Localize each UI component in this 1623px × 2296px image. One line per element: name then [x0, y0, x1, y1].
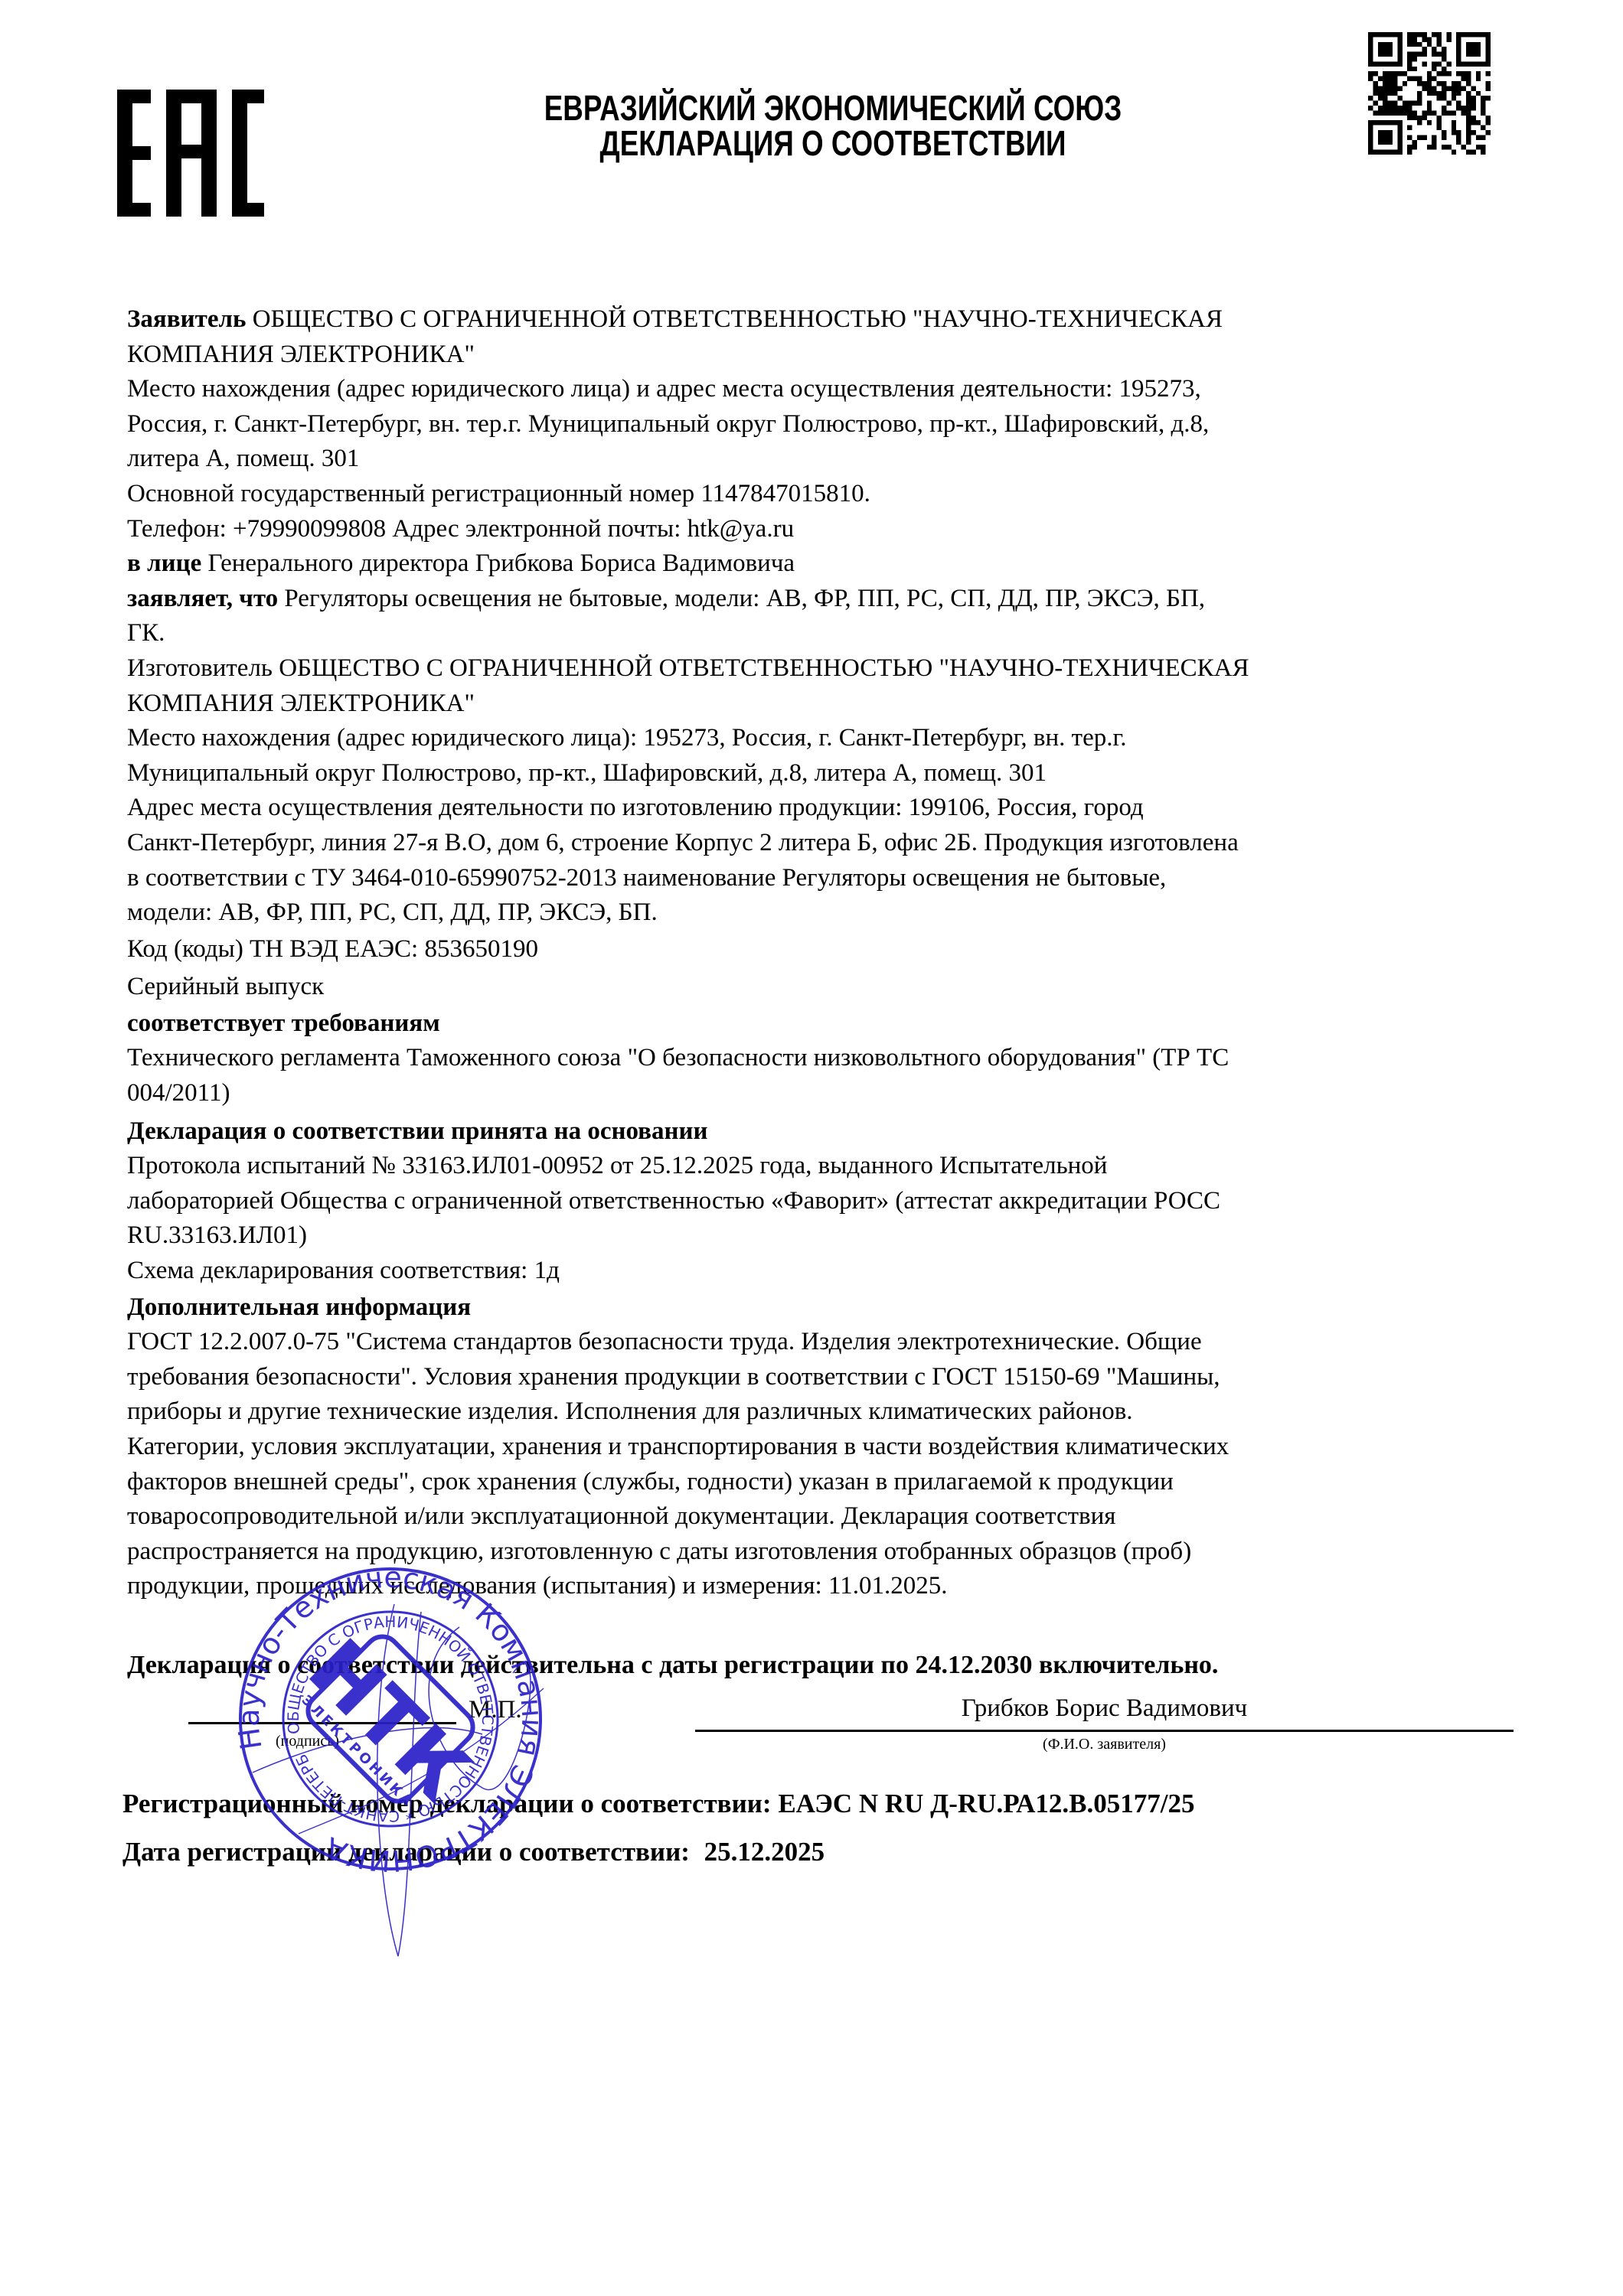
field-value: Адрес места осуществления деятельности п…	[127, 794, 1144, 821]
validity-statement: Декларация о соответствии действительна …	[127, 1651, 1218, 1680]
signature-line	[188, 1722, 456, 1724]
text-line: Место нахождения (адрес юридического лиц…	[127, 721, 1582, 756]
seal-label: М.П.	[469, 1696, 522, 1724]
title-line-declaration: ДЕКЛАРАЦИЯ О СООТВЕТСТВИИ	[518, 126, 1148, 161]
field-value: литера А, помещ. 301	[127, 445, 359, 472]
field-label: заявляет, что	[127, 585, 278, 612]
text-line: требования безопасности". Условия хранен…	[127, 1360, 1582, 1395]
field-value: Место нахождения (адрес юридического лиц…	[127, 375, 1201, 403]
text-line: продукции, прошедших исследования (испыт…	[127, 1569, 1582, 1604]
text-line: в лице Генерального директора Грибкова Б…	[127, 546, 1582, 582]
field-value: Технического регламента Таможенного союз…	[127, 1044, 1229, 1071]
field-value: факторов внешней среды", срок хранения (…	[127, 1468, 1174, 1495]
text-line: Технического регламента Таможенного союз…	[127, 1041, 1582, 1076]
field-label: в лице	[127, 550, 201, 577]
field-value: ОБЩЕСТВО С ОГРАНИЧЕННОЙ ОТВЕТСТВЕННОСТЬЮ…	[246, 305, 1223, 333]
field-value: распространяется на продукцию, изготовле…	[127, 1538, 1191, 1565]
text-line: факторов внешней среды", срок хранения (…	[127, 1465, 1582, 1500]
text-line: Изготовитель ОБЩЕСТВО С ОГРАНИЧЕННОЙ ОТВ…	[127, 651, 1582, 687]
registration-number-label: Регистрационный номер декларации о соотв…	[122, 1789, 772, 1818]
text-line: Муниципальный округ Полюстрово, пр-кт., …	[127, 756, 1582, 791]
text-line: Россия, г. Санкт-Петербург, вн. тер.г. М…	[127, 407, 1582, 442]
registration-date: Дата регистрации декларации о соответств…	[122, 1837, 825, 1867]
declaration-body: Заявитель ОБЩЕСТВО С ОГРАНИЧЕННОЙ ОТВЕТС…	[127, 302, 1582, 1604]
field-value: RU.33163.ИЛ01)	[127, 1221, 307, 1249]
field-value: Генерального директора Грибкова Бориса В…	[201, 550, 795, 577]
text-line: Категории, условия эксплуатации, хранени…	[127, 1430, 1582, 1465]
eac-logo	[117, 90, 264, 217]
text-line: в соответствии с ТУ 3464-010-65990752-20…	[127, 861, 1582, 896]
field-value: Протокола испытаний № 33163.ИЛ01-00952 о…	[127, 1152, 1107, 1179]
field-value: ГОСТ 12.2.007.0-75 "Система стандартов б…	[127, 1328, 1202, 1355]
text-line: ГОСТ 12.2.007.0-75 "Система стандартов б…	[127, 1325, 1582, 1360]
text-line: КОМПАНИЯ ЭЛЕКТРОНИКА"	[127, 338, 1582, 373]
field-value: в соответствии с ТУ 3464-010-65990752-20…	[127, 864, 1166, 892]
signature-caption: (подпись)	[276, 1733, 339, 1750]
field-label: Дополнительная информация	[127, 1293, 471, 1321]
field-label: Заявитель	[127, 305, 246, 333]
text-line: соответствует требованиям	[127, 1006, 1582, 1042]
field-value: Место нахождения (адрес юридического лиц…	[127, 724, 1127, 752]
text-line: распространяется на продукцию, изготовле…	[127, 1534, 1582, 1570]
field-value: Изготовитель ОБЩЕСТВО С ОГРАНИЧЕННОЙ ОТВ…	[127, 654, 1249, 682]
text-line: Протокола испытаний № 33163.ИЛ01-00952 о…	[127, 1149, 1582, 1184]
field-value: приборы и другие технические изделия. Ис…	[127, 1397, 1133, 1425]
field-value: лабораторией Общества с ограниченной отв…	[127, 1187, 1220, 1215]
applicant-caption: (Ф.И.О. заявителя)	[695, 1736, 1514, 1753]
field-value: продукции, прошедших исследования (испыт…	[127, 1572, 947, 1600]
field-value: Россия, г. Санкт-Петербург, вн. тер.г. М…	[127, 410, 1209, 438]
text-line: Телефон: +79990099808 Адрес электронной …	[127, 512, 1582, 547]
field-label: соответствует требованиям	[127, 1009, 440, 1037]
registration-number: Регистрационный номер декларации о соотв…	[122, 1789, 1194, 1819]
text-line: Основной государственный регистрационный…	[127, 477, 1582, 512]
field-value: товаросопроводительной и/или эксплуатаци…	[127, 1502, 1115, 1530]
field-value: Основной государственный регистрационный…	[127, 480, 870, 507]
text-line: Заявитель ОБЩЕСТВО С ОГРАНИЧЕННОЙ ОТВЕТС…	[127, 302, 1582, 338]
field-value: ГК.	[127, 619, 165, 647]
text-line: литера А, помещ. 301	[127, 442, 1582, 477]
text-line: Схема декларирования соответствия: 1д	[127, 1254, 1582, 1289]
field-value: Регуляторы освещения не бытовые, модели:…	[278, 585, 1205, 612]
field-value: Код (коды) ТН ВЭД ЕАЭС: 853650190	[127, 935, 538, 963]
text-line: заявляет, что Регуляторы освещения не бы…	[127, 582, 1582, 617]
text-line: Серийный выпуск	[127, 970, 1582, 1005]
field-value: 004/2011)	[127, 1079, 230, 1107]
field-value: Схема декларирования соответствия: 1д	[127, 1257, 560, 1284]
field-value: Серийный выпуск	[127, 973, 324, 1000]
text-line: модели: АВ, ФР, ПП, РС, СП, ДД, ПР, ЭКСЭ…	[127, 895, 1582, 931]
text-line: Санкт-Петербург, линия 27-я В.О, дом 6, …	[127, 826, 1582, 861]
applicant-name-line	[695, 1730, 1514, 1732]
text-line: RU.33163.ИЛ01)	[127, 1218, 1582, 1254]
field-label: Декларация о соответствии принята на осн…	[127, 1117, 708, 1145]
field-value: Телефон: +79990099808 Адрес электронной …	[127, 515, 794, 543]
qr-code-icon[interactable]	[1368, 32, 1491, 155]
text-line: приборы и другие технические изделия. Ис…	[127, 1394, 1582, 1430]
text-line: Декларация о соответствии принята на осн…	[127, 1114, 1582, 1150]
field-value: Муниципальный округ Полюстрово, пр-кт., …	[127, 759, 1047, 787]
title-line-union: ЕВРАЗИЙСКИЙ ЭКОНОМИЧЕСКИЙ СОЮЗ	[518, 90, 1148, 126]
text-line: ГК.	[127, 616, 1582, 651]
text-line: 004/2011)	[127, 1076, 1582, 1111]
field-value: Санкт-Петербург, линия 27-я В.О, дом 6, …	[127, 829, 1239, 856]
text-line: Адрес места осуществления деятельности п…	[127, 791, 1582, 826]
registration-number-value: ЕАЭС N RU Д-RU.РА12.В.05177/25	[778, 1789, 1194, 1818]
field-value: КОМПАНИЯ ЭЛЕКТРОНИКА"	[127, 690, 475, 717]
text-line: Код (коды) ТН ВЭД ЕАЭС: 853650190	[127, 932, 1582, 967]
text-line: Место нахождения (адрес юридического лиц…	[127, 372, 1582, 407]
field-value: требования безопасности". Условия хранен…	[127, 1363, 1220, 1391]
field-value: Категории, условия эксплуатации, хранени…	[127, 1433, 1229, 1460]
text-line: Дополнительная информация	[127, 1290, 1582, 1326]
text-line: лабораторией Общества с ограниченной отв…	[127, 1184, 1582, 1219]
text-line: товаросопроводительной и/или эксплуатаци…	[127, 1499, 1582, 1534]
field-value: КОМПАНИЯ ЭЛЕКТРОНИКА"	[127, 341, 475, 368]
text-line: КОМПАНИЯ ЭЛЕКТРОНИКА"	[127, 687, 1582, 722]
field-value: модели: АВ, ФР, ПП, РС, СП, ДД, ПР, ЭКСЭ…	[127, 899, 658, 926]
document-title: ЕВРАЗИЙСКИЙ ЭКОНОМИЧЕСКИЙ СОЮЗ ДЕКЛАРАЦИ…	[439, 90, 1227, 161]
registration-date-value: 25.12.2025	[704, 1837, 825, 1867]
registration-date-label: Дата регистрации декларации о соответств…	[122, 1837, 690, 1867]
company-stamp: Научно-Техническая Компания ЭЛЕКТРОНИКА …	[230, 1558, 551, 1987]
applicant-name: Грибков Борис Вадимович	[695, 1694, 1514, 1723]
